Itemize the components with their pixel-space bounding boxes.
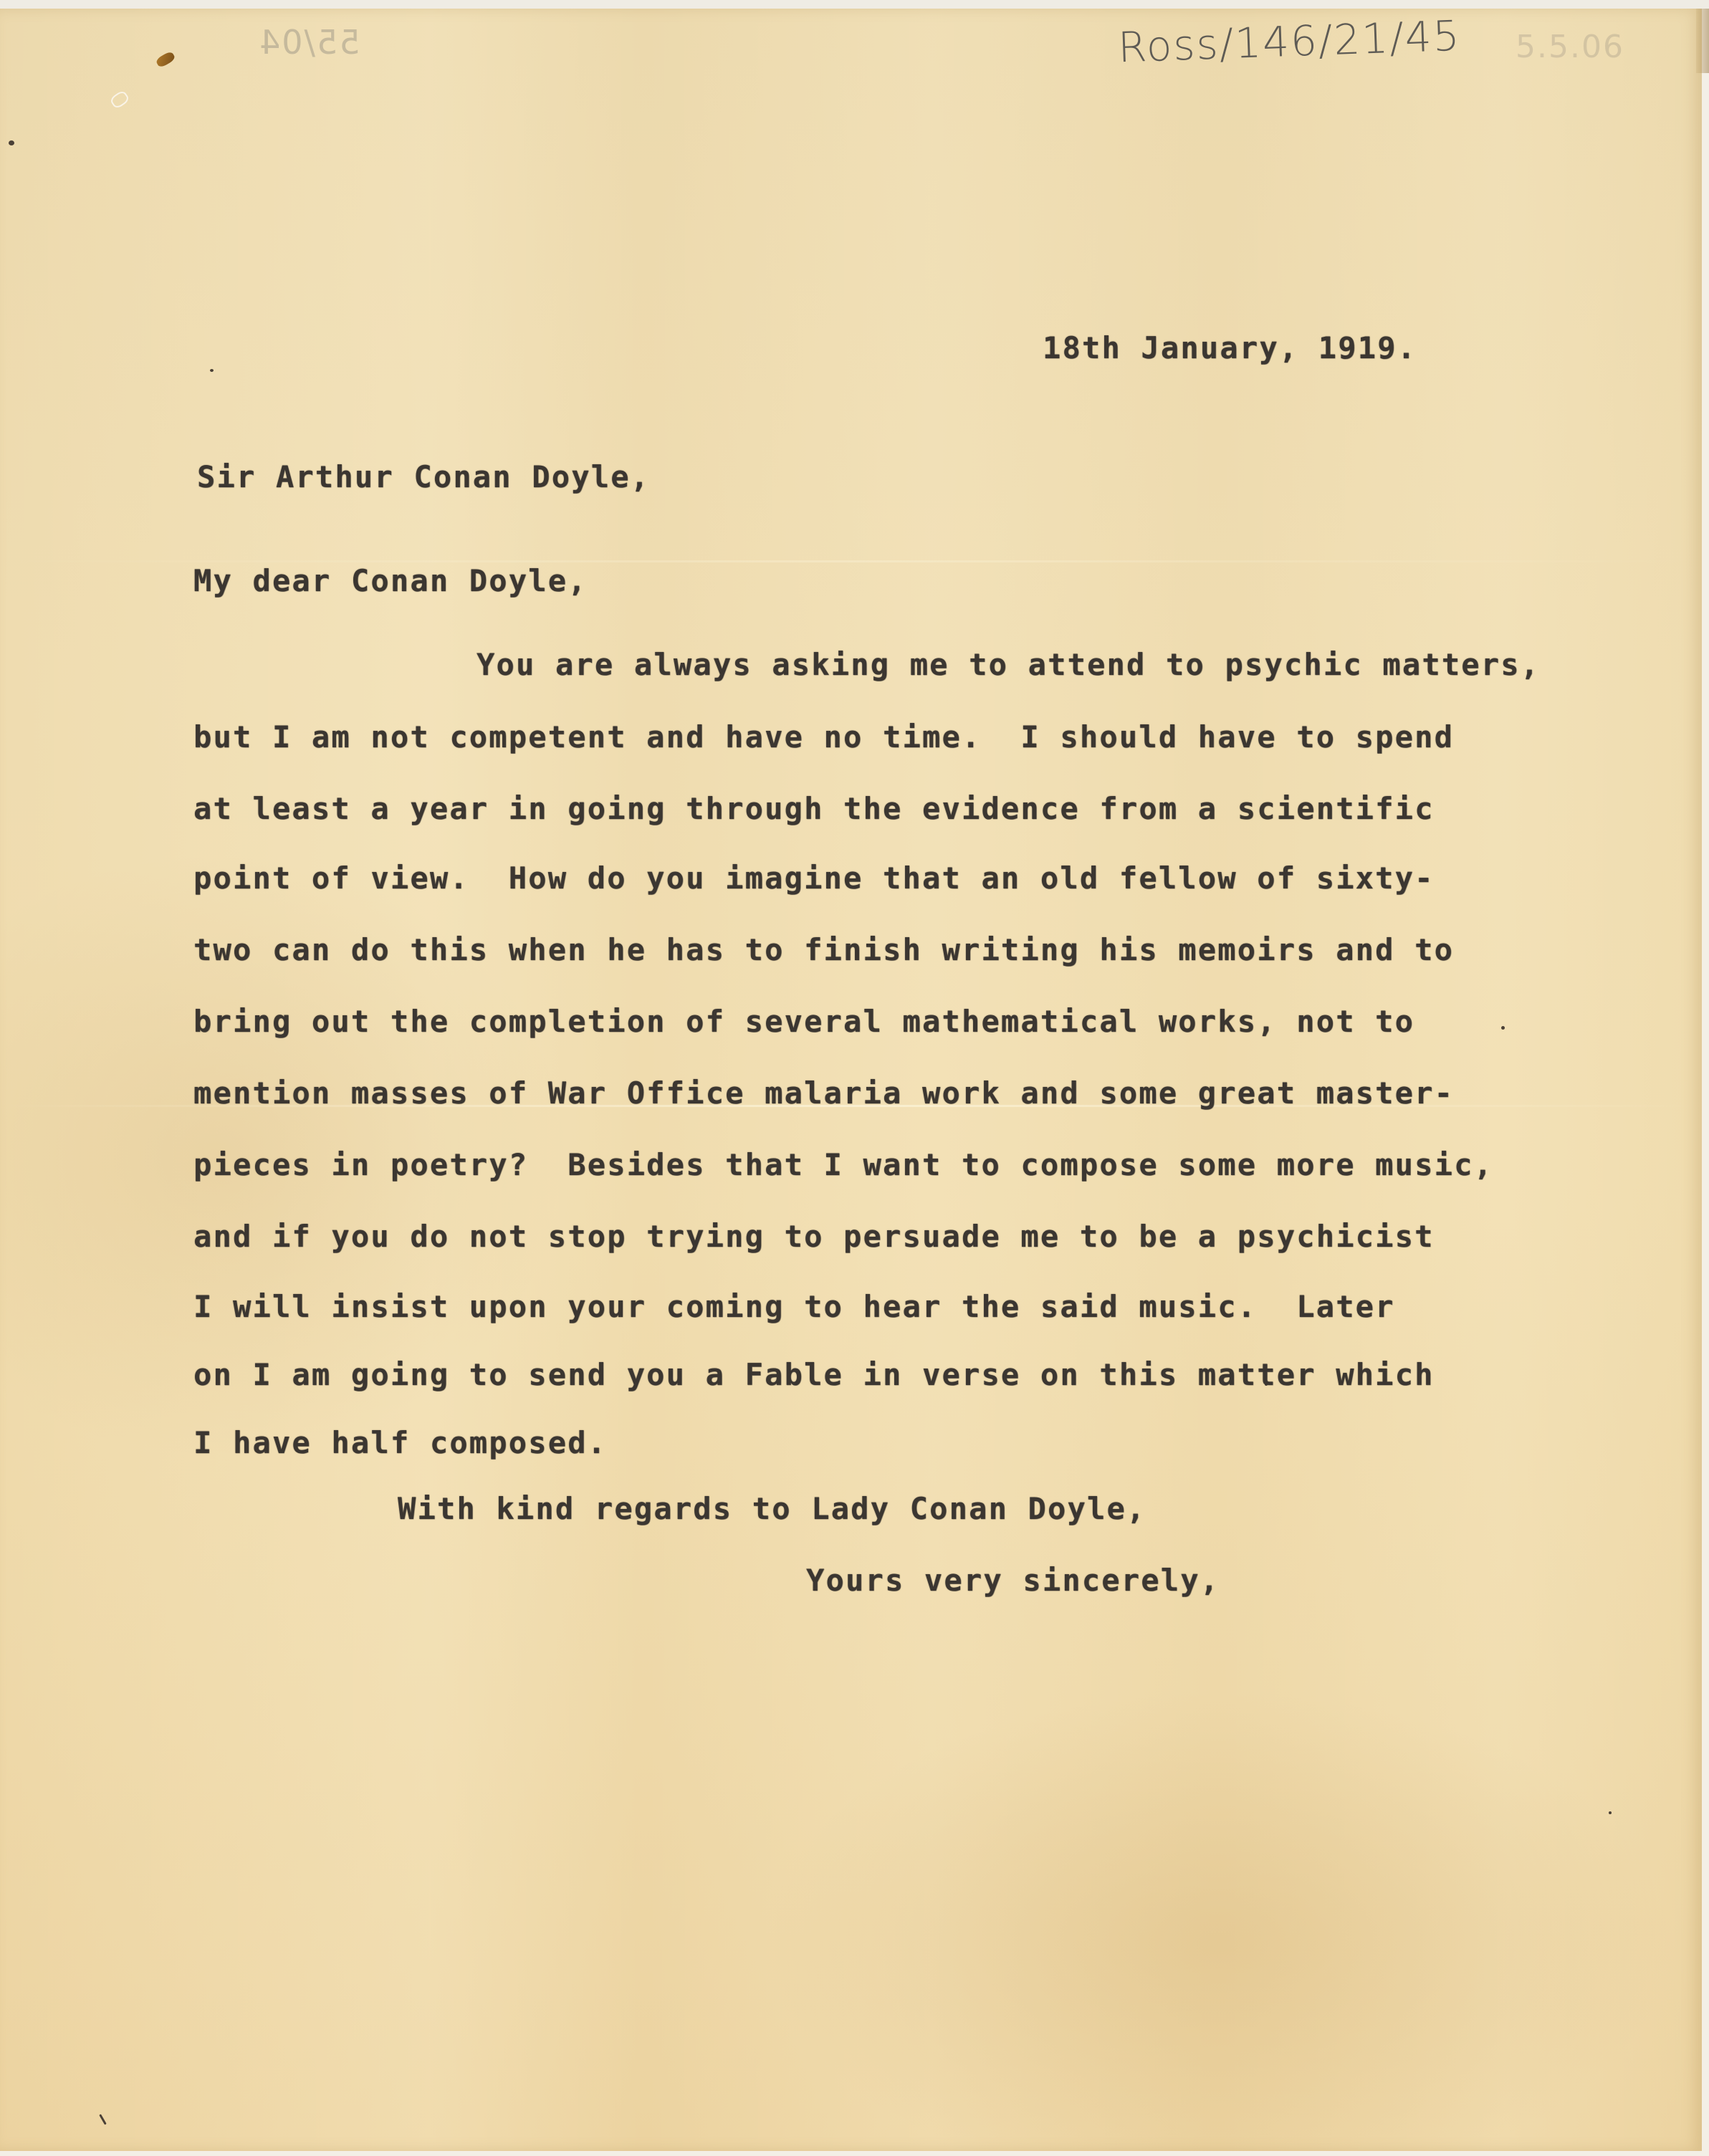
body-line: I will insist upon your coming to hear t…: [193, 1292, 1395, 1322]
body-line: point of view. How do you imagine that a…: [193, 863, 1435, 893]
body-line: two can do this when he has to finish wr…: [193, 935, 1454, 965]
body-line: You are always asking me to attend to ps…: [477, 650, 1540, 680]
letter-closing: With kind regards to Lady Conan Doyle,: [398, 1494, 1146, 1524]
letter-body: You are always asking me to attend to ps…: [0, 0, 1709, 2156]
body-line: but I am not competent and have no time.…: [193, 722, 1454, 752]
body-line: mention masses of War Office malaria wor…: [193, 1078, 1454, 1108]
body-line: I have half composed.: [193, 1428, 607, 1458]
body-line: bring out the completion of several math…: [193, 1007, 1414, 1037]
body-line: and if you do not stop trying to persuad…: [193, 1222, 1435, 1252]
body-line: at least a year in going through the evi…: [193, 794, 1435, 824]
body-line: on I am going to send you a Fable in ver…: [193, 1360, 1435, 1390]
letter-signoff: Yours very sincerely,: [806, 1566, 1220, 1596]
body-line: pieces in poetry? Besides that I want to…: [193, 1150, 1493, 1180]
